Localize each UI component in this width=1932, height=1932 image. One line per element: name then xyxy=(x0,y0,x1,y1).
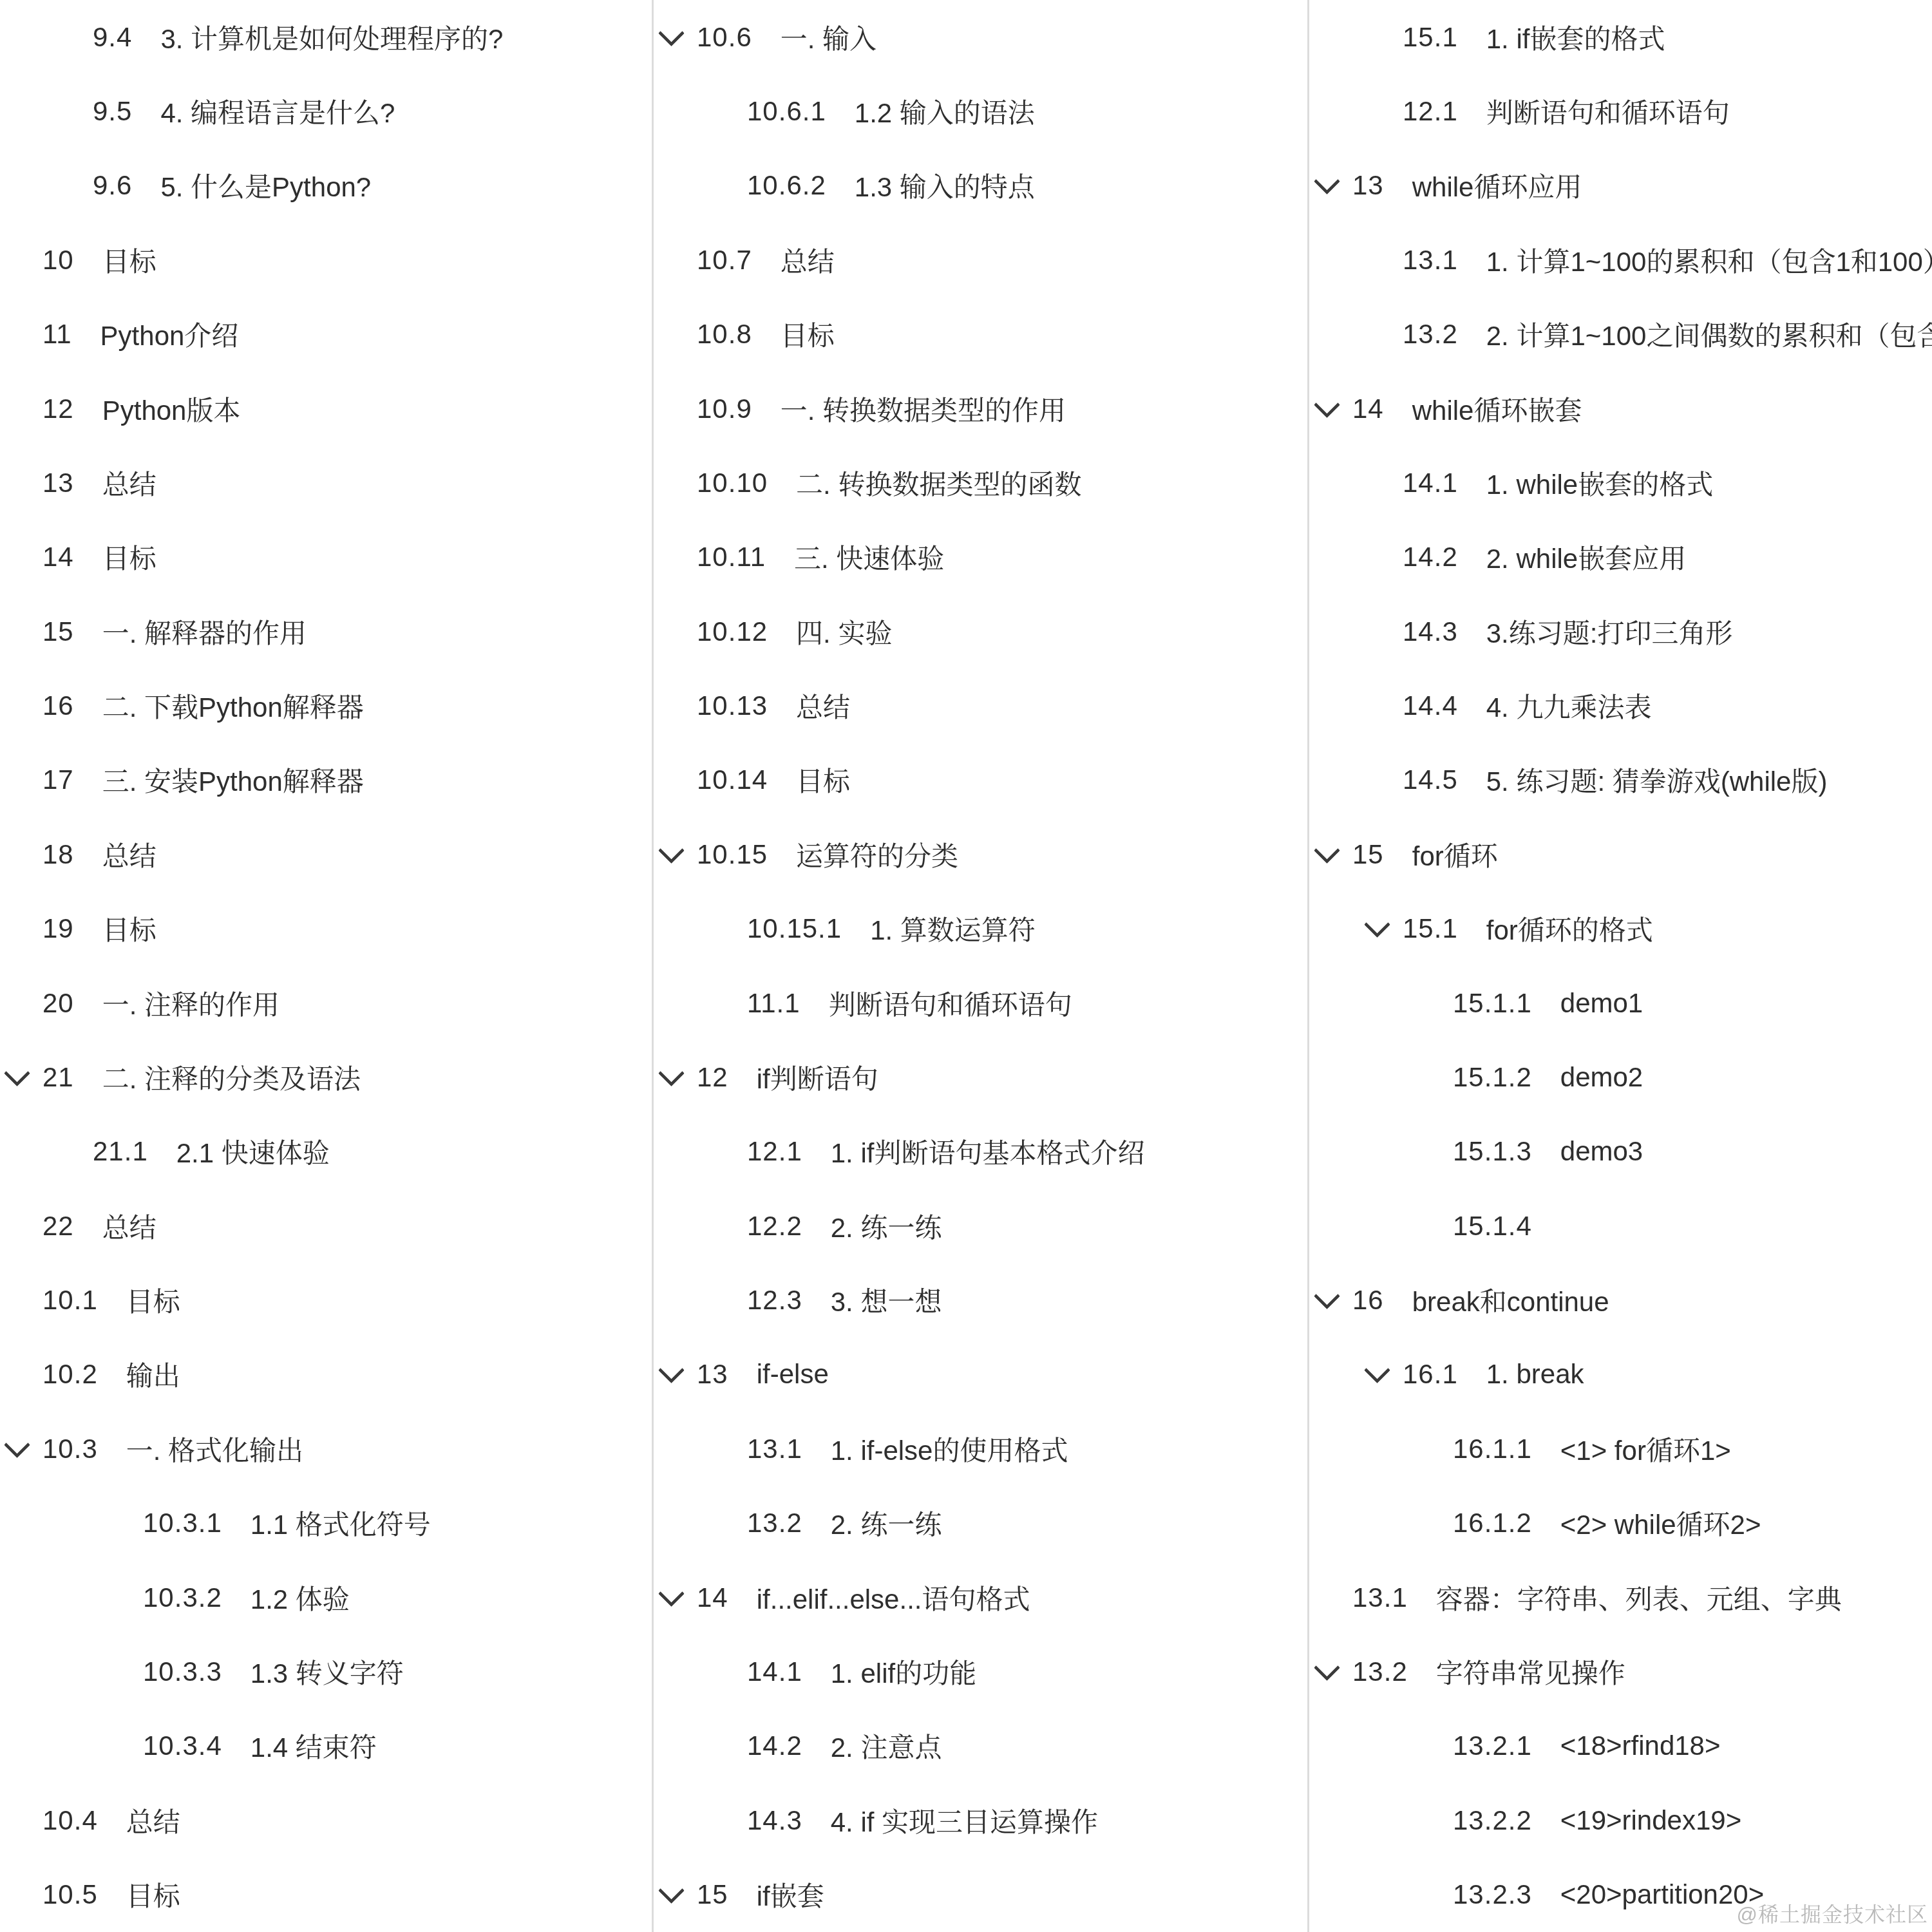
toc-item[interactable]: 13.11. if-else的使用格式 xyxy=(654,1412,1307,1486)
item-label: 4. if 实现三目运算操作 xyxy=(831,1801,1098,1840)
item-number: 10.7 xyxy=(697,245,752,276)
toc-column-2: 10.6一. 输入10.6.11.2 输入的语法10.6.21.3 输入的特点1… xyxy=(654,0,1307,1932)
item-number: 14.3 xyxy=(747,1805,802,1836)
item-label: demo1 xyxy=(1560,988,1643,1019)
item-label: 1.2 输入的语法 xyxy=(855,92,1035,131)
item-number: 14 xyxy=(43,542,74,573)
item-label: if-else xyxy=(757,1359,829,1390)
item-label: 1. while嵌套的格式 xyxy=(1486,464,1713,502)
item-label: 一. 注释的作用 xyxy=(102,984,279,1023)
item-label: 2. 注意点 xyxy=(831,1727,942,1765)
toc-item[interactable]: 10.3.21.2 体验 xyxy=(0,1560,652,1634)
item-number: 10.6.2 xyxy=(747,170,826,201)
watermark: @稀土掘金技术社区 xyxy=(1737,1899,1929,1928)
item-number: 13.2 xyxy=(747,1508,802,1539)
toc-item[interactable]: 16break和continue xyxy=(1310,1263,1932,1337)
item-number: 14.1 xyxy=(1403,468,1458,498)
item-label: 总结 xyxy=(102,835,156,874)
toc-item[interactable]: 10.6.11.2 输入的语法 xyxy=(654,74,1307,148)
toc-item[interactable]: 10.14目标 xyxy=(654,743,1307,817)
toc-item[interactable]: 22总结 xyxy=(0,1189,652,1263)
toc-item[interactable]: 10.3.31.3 转义字符 xyxy=(0,1634,652,1709)
item-number: 13.2 xyxy=(1352,1656,1408,1687)
toc-item[interactable]: 10.3.41.4 结束符 xyxy=(0,1709,652,1783)
item-number: 11 xyxy=(43,319,72,350)
toc-column-1: 9.43. 计算机是如何处理程序的?9.54. 编程语言是什么?9.65. 什么… xyxy=(0,0,652,1932)
item-number: 14 xyxy=(697,1582,728,1613)
item-label: 目标 xyxy=(102,909,156,948)
toc-item[interactable]: 10.4总结 xyxy=(0,1783,652,1857)
item-number: 10.6 xyxy=(697,22,752,53)
chevron-down-icon[interactable] xyxy=(1314,392,1340,418)
item-label: 1. if判断语句基本格式介绍 xyxy=(831,1132,1145,1171)
toc-item[interactable]: 13.2字符串常见操作 xyxy=(1310,1634,1932,1709)
item-label: 一. 转换数据类型的作用 xyxy=(781,390,1066,428)
column-divider xyxy=(652,0,654,1932)
toc-item[interactable]: 12.11. if判断语句基本格式介绍 xyxy=(654,1115,1307,1189)
item-number: 11.1 xyxy=(747,988,800,1019)
toc-item[interactable]: 10.7总结 xyxy=(654,223,1307,297)
toc-item[interactable]: 10.5目标 xyxy=(0,1857,652,1931)
item-number: 12 xyxy=(43,393,74,424)
toc-item[interactable]: 9.65. 什么是Python? xyxy=(0,149,652,223)
item-label: 二. 转换数据类型的函数 xyxy=(796,464,1081,502)
item-label: 目标 xyxy=(781,315,835,354)
toc-item[interactable]: 13while循环应用 xyxy=(1310,149,1932,223)
toc-item[interactable]: 15.1for循环的格式 xyxy=(1310,892,1932,966)
toc-item[interactable]: 12.1判断语句和循环语句 xyxy=(1310,74,1932,148)
toc-item[interactable]: 12.22. 练一练 xyxy=(654,1189,1307,1263)
item-label: 总结 xyxy=(126,1801,180,1840)
item-label: 1.1 格式化符号 xyxy=(251,1504,431,1542)
item-label: 1.3 转义字符 xyxy=(251,1653,404,1691)
item-number: 17 xyxy=(43,764,74,795)
item-number: 14.4 xyxy=(1403,690,1458,721)
item-label: if嵌套 xyxy=(757,1875,824,1914)
item-label: while循环嵌套 xyxy=(1412,390,1582,428)
item-label: 2.1 快速体验 xyxy=(176,1132,330,1171)
item-label: 总结 xyxy=(102,1207,156,1245)
item-label: 总结 xyxy=(781,241,835,279)
toc-item[interactable]: 20一. 注释的作用 xyxy=(0,966,652,1040)
toc-item[interactable]: 15for循环 xyxy=(1310,817,1932,891)
toc-item[interactable]: 14.44. 九九乘法表 xyxy=(1310,668,1932,743)
item-label: 四. 实验 xyxy=(796,612,892,651)
item-number: 21.1 xyxy=(93,1136,148,1167)
chevron-down-icon[interactable] xyxy=(658,20,685,46)
toc-item[interactable]: 16.1.1<1> for循环1> xyxy=(1310,1412,1932,1486)
chevron-down-icon[interactable] xyxy=(1314,169,1340,195)
toc-item[interactable]: 15.1.4 xyxy=(1310,1189,1932,1263)
toc-outline-panel: 9.43. 计算机是如何处理程序的?9.54. 编程语言是什么?9.65. 什么… xyxy=(0,0,1932,1932)
toc-item[interactable]: 10.6一. 输入 xyxy=(654,0,1307,74)
item-number: 10.9 xyxy=(697,393,752,424)
item-label: 1. 计算1~100的累积和（包含1和100） xyxy=(1486,241,1932,279)
item-label: 输出 xyxy=(126,1355,180,1394)
item-label: while循环应用 xyxy=(1412,166,1582,205)
item-number: 10.6.1 xyxy=(747,96,826,127)
item-label: 二. 下载Python解释器 xyxy=(102,687,364,725)
toc-item[interactable]: 15.1.1demo1 xyxy=(1310,966,1932,1040)
toc-item[interactable]: 14目标 xyxy=(0,520,652,594)
item-label: 1. if-else的使用格式 xyxy=(831,1430,1068,1468)
item-number: 15.1.3 xyxy=(1453,1136,1532,1167)
item-number: 12 xyxy=(697,1062,728,1093)
chevron-down-icon[interactable] xyxy=(4,1432,30,1458)
item-number: 15.1.4 xyxy=(1453,1211,1532,1242)
toc-item[interactable]: 10.13总结 xyxy=(654,668,1307,743)
toc-item[interactable]: 14if...elif...else...语句格式 xyxy=(654,1560,1307,1634)
item-number: 10.2 xyxy=(43,1359,98,1390)
toc-item[interactable]: 13.11. 计算1~100的累积和（包含1和100） xyxy=(1310,223,1932,297)
toc-item[interactable]: 14.33.练习题:打印三角形 xyxy=(1310,594,1932,668)
toc-item[interactable]: 18总结 xyxy=(0,817,652,891)
item-label: 目标 xyxy=(102,538,156,576)
item-number: 10 xyxy=(43,245,74,276)
chevron-down-icon[interactable] xyxy=(1314,837,1340,864)
item-label: 目标 xyxy=(126,1875,180,1914)
toc-item[interactable]: 15一. 解释器的作用 xyxy=(0,594,652,668)
item-number: 16.1 xyxy=(1403,1359,1458,1390)
item-number: 14.5 xyxy=(1403,764,1458,795)
item-number: 10.4 xyxy=(43,1805,98,1836)
toc-item[interactable]: 10.8目标 xyxy=(654,298,1307,372)
chevron-down-icon[interactable] xyxy=(1314,1654,1340,1681)
item-label: 1. if嵌套的格式 xyxy=(1486,18,1665,57)
toc-item[interactable]: 15if嵌套 xyxy=(654,1857,1307,1931)
chevron-down-icon[interactable] xyxy=(1364,1358,1390,1384)
item-number: 12.1 xyxy=(747,1136,802,1167)
item-number: 13.2 xyxy=(1403,319,1458,350)
item-number: 10.3.1 xyxy=(143,1508,222,1539)
item-label: <19>rindex19> xyxy=(1560,1805,1741,1836)
item-label: if...elif...else...语句格式 xyxy=(757,1578,1030,1617)
toc-item[interactable]: 13.22. 计算1~100之间偶数的累积和（包含 xyxy=(1310,298,1932,372)
item-label: <20>partition20> xyxy=(1560,1879,1764,1910)
item-label: for循环 xyxy=(1412,835,1498,874)
toc-item[interactable]: 10目标 xyxy=(0,223,652,297)
chevron-down-icon[interactable] xyxy=(658,837,685,864)
toc-item[interactable]: 14while循环嵌套 xyxy=(1310,372,1932,446)
toc-item[interactable]: 15.11. if嵌套的格式 xyxy=(1310,0,1932,74)
item-number: 13.2.2 xyxy=(1453,1805,1532,1836)
toc-item[interactable]: 14.22. 注意点 xyxy=(654,1709,1307,1783)
item-number: 16 xyxy=(43,690,74,721)
toc-item[interactable]: 10.3.11.1 格式化符号 xyxy=(0,1486,652,1560)
item-number: 12.1 xyxy=(1403,96,1458,127)
item-label: break和continue xyxy=(1412,1281,1609,1320)
item-label: 3.练习题:打印三角形 xyxy=(1486,612,1733,651)
item-number: 10.3.2 xyxy=(143,1582,222,1613)
item-label: <2> while循环2> xyxy=(1560,1504,1761,1542)
toc-item[interactable]: 10.6.21.3 输入的特点 xyxy=(654,149,1307,223)
item-label: 3. 想一想 xyxy=(831,1281,942,1320)
item-number: 10.1 xyxy=(43,1285,98,1316)
item-label: 1. 算数运算符 xyxy=(870,909,1036,948)
item-number: 15 xyxy=(43,616,74,647)
toc-item[interactable]: 14.55. 练习题: 猜拳游戏(while版) xyxy=(1310,743,1932,817)
item-number: 18 xyxy=(43,839,74,870)
chevron-down-icon[interactable] xyxy=(658,1060,685,1086)
item-number: 13.2.3 xyxy=(1453,1879,1532,1910)
item-number: 13 xyxy=(1352,170,1384,201)
toc-item[interactable]: 9.43. 计算机是如何处理程序的? xyxy=(0,0,652,74)
toc-item[interactable]: 12if判断语句 xyxy=(654,1040,1307,1114)
toc-item[interactable]: 10.2输出 xyxy=(0,1338,652,1412)
item-label: 2. 计算1~100之间偶数的累积和（包含 xyxy=(1486,315,1932,354)
item-label: 1.2 体验 xyxy=(251,1578,350,1617)
toc-item[interactable]: 11Python介绍 xyxy=(0,298,652,372)
item-number: 10.11 xyxy=(697,542,766,573)
toc-item[interactable]: 12Python版本 xyxy=(0,372,652,446)
item-number: 10.3.4 xyxy=(143,1730,222,1761)
item-label: 4. 编程语言是什么? xyxy=(160,92,395,131)
item-label: Python版本 xyxy=(102,390,241,428)
item-label: 5. 练习题: 猜拳游戏(while版) xyxy=(1486,761,1828,799)
toc-item[interactable]: 10.3一. 格式化输出 xyxy=(0,1412,652,1486)
item-number: 16.1.2 xyxy=(1453,1508,1532,1539)
item-number: 15.1 xyxy=(1403,913,1458,944)
item-number: 10.12 xyxy=(697,616,768,647)
toc-item[interactable]: 13.1容器：字符串、列表、元组、字典 xyxy=(1310,1560,1932,1634)
item-number: 10.15.1 xyxy=(747,913,842,944)
item-label: 运算符的分类 xyxy=(796,835,958,874)
chevron-down-icon[interactable] xyxy=(1314,1283,1340,1309)
item-label: 2. while嵌套应用 xyxy=(1486,538,1686,576)
item-number: 13 xyxy=(697,1359,728,1390)
toc-item[interactable]: 19目标 xyxy=(0,892,652,966)
item-number: 15.1.2 xyxy=(1453,1062,1532,1093)
toc-item[interactable]: 12.33. 想一想 xyxy=(654,1263,1307,1337)
item-label: 判断语句和循环语句 xyxy=(1486,92,1730,131)
toc-column-3: 15.11. if嵌套的格式12.1判断语句和循环语句13while循环应用13… xyxy=(1310,0,1932,1932)
chevron-down-icon[interactable] xyxy=(658,1580,685,1607)
toc-item[interactable]: 13if-else xyxy=(654,1338,1307,1412)
item-number: 10.3 xyxy=(43,1434,98,1464)
toc-item[interactable]: 21二. 注释的分类及语法 xyxy=(0,1040,652,1114)
item-label: 目标 xyxy=(102,241,156,279)
item-number: 13.1 xyxy=(1352,1582,1408,1613)
toc-item[interactable]: 21.12.1 快速体验 xyxy=(0,1115,652,1189)
item-label: 字符串常见操作 xyxy=(1436,1653,1625,1691)
item-label: 一. 解释器的作用 xyxy=(102,612,307,651)
item-number: 19 xyxy=(43,913,74,944)
toc-item[interactable]: 17三. 安装Python解释器 xyxy=(0,743,652,817)
item-label: 1.3 输入的特点 xyxy=(855,166,1035,205)
toc-item[interactable]: 10.1目标 xyxy=(0,1263,652,1337)
toc-item[interactable]: 10.12四. 实验 xyxy=(654,594,1307,668)
item-label: 目标 xyxy=(796,761,850,799)
item-number: 15 xyxy=(697,1879,728,1910)
item-number: 10.5 xyxy=(43,1879,98,1910)
item-label: 2. 练一练 xyxy=(831,1207,942,1245)
item-number: 10.10 xyxy=(697,468,768,498)
chevron-down-icon[interactable] xyxy=(1364,911,1390,938)
item-label: 目标 xyxy=(126,1281,180,1320)
item-number: 12.2 xyxy=(747,1211,802,1242)
toc-item[interactable]: 13.2.2<19>rindex19> xyxy=(1310,1783,1932,1857)
column-divider xyxy=(1307,0,1309,1932)
item-number: 16.1.1 xyxy=(1453,1434,1532,1464)
item-number: 22 xyxy=(43,1211,74,1242)
item-number: 13.1 xyxy=(1403,245,1458,276)
item-number: 13.1 xyxy=(747,1434,802,1464)
toc-item[interactable]: 16.11. break xyxy=(1310,1338,1932,1412)
item-number: 14.1 xyxy=(747,1656,802,1687)
item-label: 1. break xyxy=(1486,1359,1584,1390)
item-number: 14.3 xyxy=(1403,616,1458,647)
toc-item[interactable]: 11.1判断语句和循环语句 xyxy=(654,966,1307,1040)
toc-item[interactable]: 13.2.1<18>rfind18> xyxy=(1310,1709,1932,1783)
item-number: 16 xyxy=(1352,1285,1384,1316)
item-label: <1> for循环1> xyxy=(1560,1430,1731,1468)
toc-item[interactable]: 16二. 下载Python解释器 xyxy=(0,668,652,743)
item-label: 2. 练一练 xyxy=(831,1504,942,1542)
toc-item[interactable]: 14.11. while嵌套的格式 xyxy=(1310,446,1932,520)
item-label: for循环的格式 xyxy=(1486,909,1653,948)
toc-item[interactable]: 9.54. 编程语言是什么? xyxy=(0,74,652,148)
item-number: 10.15 xyxy=(697,839,768,870)
item-number: 21 xyxy=(43,1062,74,1093)
item-number: 13 xyxy=(43,468,74,498)
toc-item[interactable]: 14.34. if 实现三目运算操作 xyxy=(654,1783,1307,1857)
item-number: 14.2 xyxy=(747,1730,802,1761)
item-label: 三. 安装Python解释器 xyxy=(102,761,364,799)
chevron-down-icon[interactable] xyxy=(658,1877,685,1904)
item-number: 10.3.3 xyxy=(143,1656,222,1687)
toc-item[interactable]: 10.15.11. 算数运算符 xyxy=(654,892,1307,966)
item-label: 一. 输入 xyxy=(781,18,876,57)
item-number: 15 xyxy=(1352,839,1384,870)
chevron-down-icon[interactable] xyxy=(4,1060,30,1086)
item-number: 9.5 xyxy=(93,96,132,127)
toc-item[interactable]: 15.1.3demo3 xyxy=(1310,1115,1932,1189)
item-number: 13.2.1 xyxy=(1453,1730,1532,1761)
item-number: 10.8 xyxy=(697,319,752,350)
item-label: 1.4 结束符 xyxy=(251,1727,377,1765)
item-label: 判断语句和循环语句 xyxy=(829,984,1072,1023)
item-number: 20 xyxy=(43,988,74,1019)
item-label: Python介绍 xyxy=(100,315,239,354)
item-number: 15.1.1 xyxy=(1453,988,1532,1019)
item-label: 1. elif的功能 xyxy=(831,1653,976,1691)
item-label: 4. 九九乘法表 xyxy=(1486,687,1652,725)
toc-item[interactable]: 14.11. elif的功能 xyxy=(654,1634,1307,1709)
item-label: demo2 xyxy=(1560,1062,1643,1093)
item-number: 14.2 xyxy=(1403,542,1458,573)
toc-item[interactable]: 15.1.2demo2 xyxy=(1310,1040,1932,1114)
item-label: if判断语句 xyxy=(757,1058,878,1097)
item-number: 12.3 xyxy=(747,1285,802,1316)
item-number: 10.14 xyxy=(697,764,768,795)
toc-item[interactable]: 10.10二. 转换数据类型的函数 xyxy=(654,446,1307,520)
item-number: 9.4 xyxy=(93,22,132,53)
item-label: 容器：字符串、列表、元组、字典 xyxy=(1436,1578,1842,1617)
item-number: 14 xyxy=(1352,393,1384,424)
toc-item[interactable]: 13总结 xyxy=(0,446,652,520)
item-label: 总结 xyxy=(102,464,156,502)
item-label: demo3 xyxy=(1560,1136,1643,1167)
toc-item[interactable]: 16.1.2<2> while循环2> xyxy=(1310,1486,1932,1560)
item-number: 15.1 xyxy=(1403,22,1458,53)
toc-item[interactable]: 10.9一. 转换数据类型的作用 xyxy=(654,372,1307,446)
item-label: 三. 快速体验 xyxy=(794,538,944,576)
item-number: 9.6 xyxy=(93,170,132,201)
item-label: 3. 计算机是如何处理程序的? xyxy=(160,18,503,57)
item-label: 一. 格式化输出 xyxy=(126,1430,303,1468)
item-number: 10.13 xyxy=(697,690,768,721)
chevron-down-icon[interactable] xyxy=(658,1358,685,1384)
item-label: <18>rfind18> xyxy=(1560,1730,1721,1761)
toc-item[interactable]: 10.11三. 快速体验 xyxy=(654,520,1307,594)
item-label: 5. 什么是Python? xyxy=(160,166,371,205)
item-label: 二. 注释的分类及语法 xyxy=(102,1058,361,1097)
item-label: 总结 xyxy=(796,687,850,725)
toc-item[interactable]: 14.22. while嵌套应用 xyxy=(1310,520,1932,594)
toc-item[interactable]: 13.22. 练一练 xyxy=(654,1486,1307,1560)
toc-item[interactable]: 10.15运算符的分类 xyxy=(654,817,1307,891)
